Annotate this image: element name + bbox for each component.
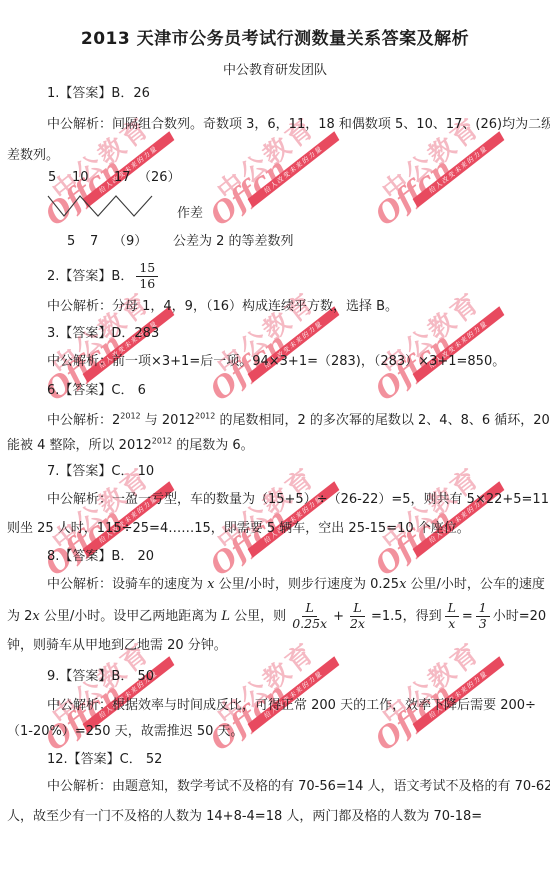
difference-zigzag-diagram	[46, 192, 156, 220]
q7-analysis-line1: 中公解析：一盈一亏型，车的数量为（15+5）÷（26-22）=5，则共有 5×2…	[47, 492, 550, 507]
q6-analysis-line2: 能被 4 整除，所以 20122012 的尾数为 6。	[7, 438, 254, 453]
q2-analysis-line: 中公解析：分母 1，4，9，（16）构成连续平方数，选择 B。	[47, 299, 398, 314]
q9-answer-line: 9.【答案】B． 50	[47, 669, 154, 684]
q2-fraction-denominator: 16	[136, 277, 158, 291]
text-layer: 2013 天津市公务员考试行测数量关系答案及解析 中公教育研发团队 1.【答案】…	[0, 0, 550, 874]
diagram-diff-1: 5	[67, 234, 75, 249]
diagram-diff-2: 7	[90, 234, 98, 249]
q8-answer-line: 8.【答案】B． 20	[47, 549, 154, 564]
q2-fraction-numerator: 15	[136, 261, 158, 276]
q1-analysis-line2: 差数列。	[7, 148, 59, 163]
q6-analysis-line1: 中公解析：22012 与 20122012 的尾数相同，2 的多次幂的尾数以 2…	[47, 413, 550, 428]
page-title: 2013 天津市公务员考试行测数量关系答案及解析	[0, 24, 550, 49]
diagram-bottom-note: 公差为 2 的等差数列	[173, 234, 294, 249]
diagram-term-1: 5	[48, 170, 56, 185]
q6-answer-line: 6.【答案】C． 6	[47, 383, 146, 398]
diagram-diff-label: 作差	[177, 206, 203, 221]
q2-fraction: 15 16	[136, 261, 158, 291]
q9-analysis-line1: 中公解析：根据效率与时间成反比，可得正常 200 天的工作，效率下降后需要 20…	[47, 698, 536, 713]
q12-answer-line: 12.【答案】C． 52	[47, 752, 162, 767]
q7-analysis-line2: 则坐 25 人时，115÷25=4……15，即需要 5 辆车，空出 25-15=…	[7, 521, 470, 536]
diagram-term-2: 10	[72, 170, 89, 185]
diagram-term-4: （26）	[138, 170, 181, 185]
q8-analysis-line2: 为 2x 公里/小时。设甲乙两地距离为 L 公里，则L0.25x+L2x=1.5…	[7, 599, 550, 633]
q3-answer-line: 3.【答案】D．283	[47, 326, 159, 341]
diagram-term-3: 17	[114, 170, 131, 185]
q12-analysis-line1: 中公解析：由题意知，数学考试不及格的有 70-56=14 人，语文考试不及格的有…	[47, 779, 550, 794]
q9-analysis-line2: （1-20%）=250 天，故需推迟 50 天。	[7, 724, 244, 739]
diagram-diff-3: （9）	[113, 234, 147, 249]
q1-answer-line: 1.【答案】B．26	[47, 86, 150, 101]
byline: 中公教育研发团队	[0, 59, 550, 78]
q2-answer-line: 2.【答案】B． 15 16	[47, 258, 161, 294]
q12-analysis-line2: 人，故至少有一门不及格的人数为 14+8-4=18 人，两门都及格的人数为 70…	[7, 809, 482, 824]
q8-analysis-line1: 中公解析：设骑车的速度为 x 公里/小时，则步行速度为 0.25x 公里/小时，…	[47, 577, 545, 592]
q7-answer-line: 7.【答案】C． 10	[47, 464, 154, 479]
q3-analysis-line: 中公解析：前一项×3+1=后一项。94×3+1=（283)，（283）×3+1=…	[47, 354, 505, 369]
document-page: 中公教育 Offcn 给人改变未来的力量 中公教育 Offcn 给人改变未来的力…	[0, 0, 550, 874]
q2-answer-prefix: 2.【答案】B．	[47, 269, 133, 284]
q8-analysis-line3: 钟，则骑车从甲地到乙地需 20 分钟。	[7, 638, 227, 653]
q1-analysis-line1: 中公解析：间隔组合数列。奇数项 3，6，11，18 和偶数项 5、10、17、(…	[47, 117, 550, 132]
